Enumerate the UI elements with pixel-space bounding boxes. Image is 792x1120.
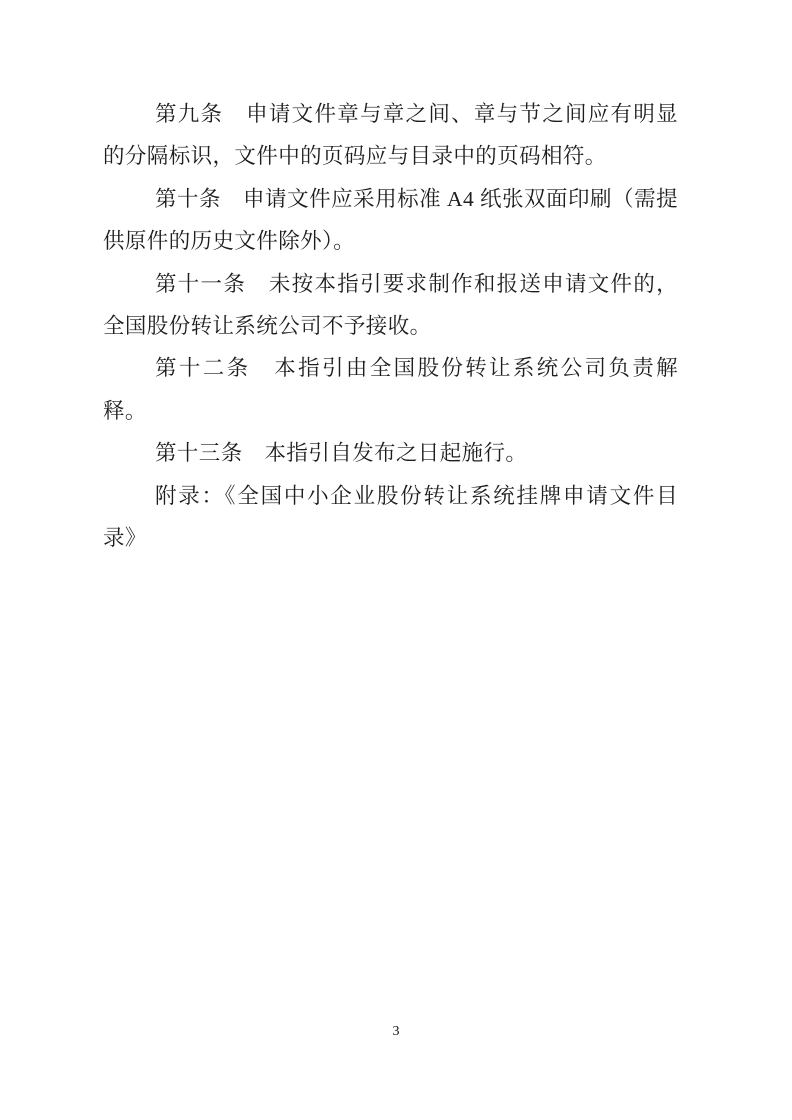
paragraph-article-12: 第十二条 本指引由全国股份转让系统公司负责解释。 xyxy=(103,347,678,432)
paragraph-appendix: 附录：《全国中小企业股份转让系统挂牌申请文件目录》 xyxy=(103,475,678,560)
document-body: 第九条 申请文件章与章之间、章与节之间应有明显的分隔标识，文件中的页码应与目录中… xyxy=(103,93,678,559)
paragraph-article-10: 第十条 申请文件应采用标准 A4 纸张双面印刷（需提供原件的历史文件除外）。 xyxy=(103,178,678,263)
document-page: 第九条 申请文件章与章之间、章与节之间应有明显的分隔标识，文件中的页码应与目录中… xyxy=(0,0,792,1120)
paragraph-article-11: 第十一条 未按本指引要求制作和报送申请文件的，全国股份转让系统公司不予接收。 xyxy=(103,263,678,348)
page-footer: 3 xyxy=(0,1022,792,1040)
paragraph-article-9: 第九条 申请文件章与章之间、章与节之间应有明显的分隔标识，文件中的页码应与目录中… xyxy=(103,93,678,178)
paragraph-article-13: 第十三条 本指引自发布之日起施行。 xyxy=(103,432,678,474)
page-number: 3 xyxy=(393,1024,400,1039)
